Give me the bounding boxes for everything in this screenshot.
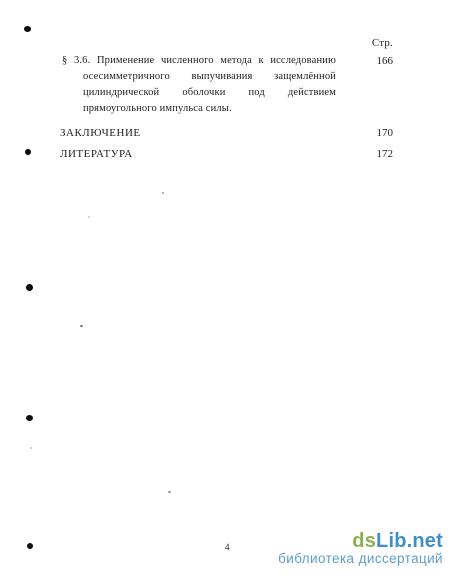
toc-section-page-number: 170 <box>377 125 394 141</box>
scan-artifact-speck <box>88 216 90 218</box>
scan-artifact-dot <box>25 149 31 155</box>
dslib-logo-ds: ds <box>352 530 376 552</box>
scan-artifact-dot <box>26 415 33 421</box>
scan-artifact-speck <box>30 447 32 449</box>
toc-section-page-number: 172 <box>377 146 394 162</box>
scan-artifact-dot <box>27 543 33 549</box>
toc-entry-number: § 3.6. <box>62 55 90 66</box>
toc-section-conclusion: ЗАКЛЮЧЕНИЕ 170 <box>60 125 393 141</box>
scan-artifact-speck <box>168 491 171 493</box>
toc-entry: § 3.6. Применение численного метода к ис… <box>62 53 336 117</box>
scanned-toc-page: Стр. § 3.6. Применение численного метода… <box>0 0 450 581</box>
dslib-watermark: dsLib.net библиотека диссертаций <box>278 530 443 566</box>
toc-entry-line-3: цилиндрической оболочки под действием пр… <box>62 85 336 101</box>
toc-entry-line-2: осесимметричного выпучивания защемлённой <box>62 69 336 85</box>
toc-section-label: ЛИТЕРАТУРА <box>60 146 133 162</box>
scan-artifact-dot <box>24 26 31 32</box>
toc-section-label: ЗАКЛЮЧЕНИЕ <box>60 125 141 141</box>
scan-artifact-speck <box>162 192 164 194</box>
toc-section-literature: ЛИТЕРАТУРА 172 <box>60 146 393 162</box>
dslib-tagline: библиотека диссертаций <box>278 552 443 566</box>
scan-artifact-speck <box>80 325 83 327</box>
dslib-logo: dsLib.net <box>278 530 443 552</box>
toc-entry-line-1: § 3.6. Применение численного метода к ис… <box>62 53 336 69</box>
toc-entry-page-number: 166 <box>377 53 394 69</box>
page-number: 4 <box>225 542 230 552</box>
page-column-header: Стр. <box>372 35 393 51</box>
toc-entry-title-start: Применение численного метода к исследова… <box>97 55 336 66</box>
dslib-logo-libnet: Lib.net <box>376 530 443 552</box>
toc-entry-line-4: прямоугольного импульса силы. <box>62 101 336 117</box>
scan-artifact-dot <box>26 284 33 291</box>
